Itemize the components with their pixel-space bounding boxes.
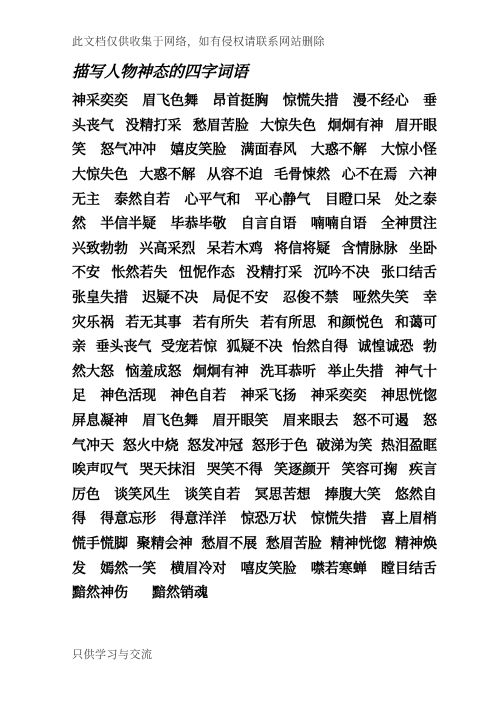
document-page: 此文档仅供收集于网络，如有侵权请联系网站删除 描写人物神态的四字词语 神采奕奕眉…: [0, 0, 496, 702]
idiom-word: 悠然自: [395, 484, 437, 504]
idiom-word: 垂: [423, 90, 437, 110]
idiom-word: 怒: [423, 410, 437, 430]
idiom-word: 从容不迫: [207, 164, 263, 184]
idiom-word: 大惑不解: [311, 139, 367, 159]
text-line: 亲垂头丧气受宠若惊狐疑不决怡然自得诚惶诚恐勃: [72, 334, 437, 359]
idiom-word: 哭天抹泪: [139, 459, 195, 479]
idiom-word: 怒发冲冠: [187, 435, 243, 455]
idiom-word: 沉吟不决: [314, 262, 370, 282]
idiom-word: 毕恭毕敬: [170, 213, 226, 233]
idiom-word: 平心静气: [255, 189, 311, 209]
idiom-word: 眉来眼去: [283, 410, 339, 430]
idiom-word: 唉声叹气: [72, 459, 128, 479]
idiom-word: 泰然自若: [114, 189, 170, 209]
idiom-word: 眉飞色舞: [142, 410, 198, 430]
idiom-word: 局促不安: [212, 287, 268, 307]
text-line: 无主泰然自若心平气和平心静气目瞪口呆处之泰: [72, 186, 437, 211]
idiom-word: 忍俊不禁: [283, 287, 339, 307]
idiom-word: 黯然销魂: [152, 582, 208, 602]
idiom-word: 勃: [423, 336, 437, 356]
idiom-word: 处之泰: [395, 189, 437, 209]
idiom-word: 眉飞色舞: [142, 90, 198, 110]
idiom-word: 眉开眼笑: [212, 410, 268, 430]
idiom-word: 然: [72, 213, 86, 233]
idiom-word: 含情脉脉: [342, 238, 398, 258]
idiom-word: 洗耳恭听: [260, 361, 316, 381]
text-line: 不安怅然若失忸怩作态没精打采沉吟不决张口结舌: [72, 260, 437, 285]
idiom-word: 热泪盈眶: [381, 435, 437, 455]
text-line: 屏息凝神眉飞色舞眉开眼笑眉来眼去怒不可遏怒: [72, 408, 437, 433]
text-line: 唉声叹气哭天抹泪哭笑不得笑逐颜开笑容可掬疾言: [72, 457, 437, 482]
idiom-word: 然大怒: [72, 361, 114, 381]
idiom-word: 没精打采: [246, 262, 302, 282]
idiom-word: 呆若木鸡: [207, 238, 263, 258]
idiom-word: 喜上眉梢: [381, 508, 437, 528]
idiom-word: 得意洋洋: [170, 508, 226, 528]
idiom-word: 炯炯有神: [328, 115, 384, 135]
idiom-word: 惊慌失措: [283, 90, 339, 110]
text-line: 然半信半疑毕恭毕敬自言自语喃喃自语全神贯注: [72, 211, 437, 236]
idiom-word: 若有所思: [260, 312, 316, 332]
idiom-word: 嬉皮笑脸: [170, 139, 226, 159]
idiom-word: 嘻皮笑脸: [241, 558, 297, 578]
text-line: 神采奕奕眉飞色舞昂首挺胸惊慌失措漫不经心垂: [72, 88, 437, 113]
idiom-word: 足: [72, 385, 86, 405]
idiom-word: 张皇失措: [72, 287, 128, 307]
idiom-word: 大惊小怪: [381, 139, 437, 159]
idiom-word: 忸怩作态: [179, 262, 235, 282]
idiom-word: 笑逐颜开: [274, 459, 330, 479]
text-line: 灾乐祸若无其事若有所失若有所思和颜悦色和蔼可: [72, 309, 437, 334]
idiom-word: 怒形于色: [252, 435, 308, 455]
text-line: 发嫣然一笑横眉冷对嘻皮笑脸噤若寒蝉瞠目结舌: [72, 555, 437, 580]
idiom-list: 神采奕奕眉飞色舞昂首挺胸惊慌失措漫不经心垂头丧气没精打采愁眉苦脸大惊失色炯炯有神…: [72, 88, 437, 604]
idiom-word: 坐卧: [409, 238, 437, 258]
idiom-word: 自言自语: [241, 213, 297, 233]
idiom-word: 亲: [72, 336, 86, 356]
idiom-word: 得意忘形: [100, 508, 156, 528]
idiom-word: 大惑不解: [139, 164, 195, 184]
idiom-word: 聚精会神: [137, 533, 193, 553]
idiom-word: 怒火中烧: [123, 435, 179, 455]
idiom-word: 惊慌失措: [311, 508, 367, 528]
idiom-word: 眉开眼: [395, 115, 437, 135]
idiom-word: 举止失措: [328, 361, 384, 381]
idiom-word: 得: [72, 508, 86, 528]
text-line: 黯然神伤黯然销魂: [72, 580, 437, 605]
idiom-word: 将信将疑: [274, 238, 330, 258]
text-line: 足神色活现神色自若神采飞扬神采奕奕神思恍惚: [72, 383, 437, 408]
idiom-word: 神采飞扬: [241, 385, 297, 405]
idiom-word: 没精打采: [125, 115, 181, 135]
idiom-word: 神采奕奕: [72, 90, 128, 110]
idiom-word: 灾乐祸: [72, 312, 114, 332]
idiom-word: 慌手慌脚: [72, 533, 128, 553]
idiom-word: 受宠若惊: [161, 336, 217, 356]
document-title: 描写人物神态的四字词语: [72, 59, 248, 82]
idiom-word: 噤若寒蝉: [311, 558, 367, 578]
text-line: 气冲天怒火中烧怒发冲冠怒形于色破涕为笑热泪盈眶: [72, 432, 437, 457]
text-line: 头丧气没精打采愁眉苦脸大惊失色炯炯有神眉开眼: [72, 113, 437, 138]
footer-note-text: 只供学习与交流: [72, 646, 153, 662]
text-line: 得得意忘形得意洋洋惊恐万状惊慌失措喜上眉梢: [72, 506, 437, 531]
idiom-word: 冥思苦想: [255, 484, 311, 504]
idiom-word: 昂首挺胸: [212, 90, 268, 110]
idiom-word: 愁眉苦脸: [266, 533, 322, 553]
text-line: 慌手慌脚聚精会神愁眉不展愁眉苦脸精神恍惚精神焕: [72, 531, 437, 556]
idiom-word: 无主: [72, 189, 100, 209]
idiom-word: 幸: [423, 287, 437, 307]
idiom-word: 大惊失色: [72, 164, 128, 184]
idiom-word: 厉色: [72, 484, 100, 504]
idiom-word: 精神恍惚: [330, 533, 386, 553]
idiom-word: 捧腹大笑: [325, 484, 381, 504]
idiom-word: 哑然失笑: [353, 287, 409, 307]
idiom-word: 张口结舌: [381, 262, 437, 282]
idiom-word: 怒气冲冲: [100, 139, 156, 159]
idiom-word: 屏息凝神: [72, 410, 128, 430]
idiom-word: 喃喃自语: [311, 213, 367, 233]
idiom-word: 若有所失: [193, 312, 249, 332]
text-line: 厉色谈笑风生谈笑自若冥思苦想捧腹大笑悠然自: [72, 482, 437, 507]
idiom-word: 兴致勃勃: [72, 238, 128, 258]
idiom-word: 若无其事: [125, 312, 181, 332]
header-disclaimer-text: 此文档仅供收集于网络，如有侵权请联系网站删除: [72, 33, 325, 49]
idiom-word: 谈笑风生: [114, 484, 170, 504]
idiom-word: 精神焕: [395, 533, 437, 553]
idiom-word: 瞠目结舌: [381, 558, 437, 578]
idiom-word: 不安: [72, 262, 100, 282]
idiom-word: 哭笑不得: [207, 459, 263, 479]
idiom-word: 怅然若失: [111, 262, 167, 282]
idiom-word: 破涕为笑: [316, 435, 372, 455]
idiom-word: 黯然神伤: [72, 582, 128, 602]
idiom-word: 全神贯注: [381, 213, 437, 233]
text-line: 兴致勃勃兴高采烈呆若木鸡将信将疑含情脉脉坐卧: [72, 236, 437, 261]
idiom-word: 发: [72, 558, 86, 578]
text-line: 然大怒恼羞成怒炯炯有神洗耳恭听举止失措神气十: [72, 359, 437, 384]
idiom-word: 神色自若: [170, 385, 226, 405]
idiom-word: 狐疑不决: [227, 336, 283, 356]
idiom-word: 惊恐万状: [241, 508, 297, 528]
idiom-word: 迟疑不决: [142, 287, 198, 307]
idiom-word: 六神: [409, 164, 437, 184]
idiom-word: 神采奕奕: [311, 385, 367, 405]
idiom-word: 恼羞成怒: [125, 361, 181, 381]
idiom-word: 诚惶诚恐: [358, 336, 414, 356]
idiom-word: 和颜悦色: [328, 312, 384, 332]
idiom-word: 目瞪口呆: [325, 189, 381, 209]
idiom-word: 神色活现: [100, 385, 156, 405]
idiom-word: 愁眉不展: [201, 533, 257, 553]
idiom-word: 毛骨悚然: [274, 164, 330, 184]
idiom-word: 怡然自得: [292, 336, 348, 356]
idiom-word: 愁眉苦脸: [193, 115, 249, 135]
idiom-word: 漫不经心: [353, 90, 409, 110]
idiom-word: 笑容可掬: [342, 459, 398, 479]
idiom-word: 神思恍惚: [381, 385, 437, 405]
text-line: 张皇失措迟疑不决局促不安忍俊不禁哑然失笑幸: [72, 285, 437, 310]
idiom-word: 嫣然一笑: [100, 558, 156, 578]
idiom-word: 横眉冷对: [170, 558, 226, 578]
idiom-word: 心不在焉: [342, 164, 398, 184]
idiom-word: 垂头丧气: [96, 336, 152, 356]
idiom-word: 怒不可遏: [353, 410, 409, 430]
idiom-word: 满面春风: [241, 139, 297, 159]
idiom-word: 心平气和: [184, 189, 240, 209]
idiom-word: 头丧气: [72, 115, 114, 135]
idiom-word: 疾言: [409, 459, 437, 479]
idiom-word: 神气十: [395, 361, 437, 381]
idiom-word: 大惊失色: [260, 115, 316, 135]
text-line: 大惊失色大惑不解从容不迫毛骨悚然心不在焉六神: [72, 162, 437, 187]
idiom-word: 笑: [72, 139, 86, 159]
idiom-word: 气冲天: [72, 435, 114, 455]
idiom-word: 谈笑自若: [184, 484, 240, 504]
idiom-word: 和蔼可: [395, 312, 437, 332]
idiom-word: 半信半疑: [100, 213, 156, 233]
text-line: 笑怒气冲冲嬉皮笑脸满面春风大惑不解大惊小怪: [72, 137, 437, 162]
idiom-word: 兴高采烈: [139, 238, 195, 258]
idiom-word: 炯炯有神: [193, 361, 249, 381]
